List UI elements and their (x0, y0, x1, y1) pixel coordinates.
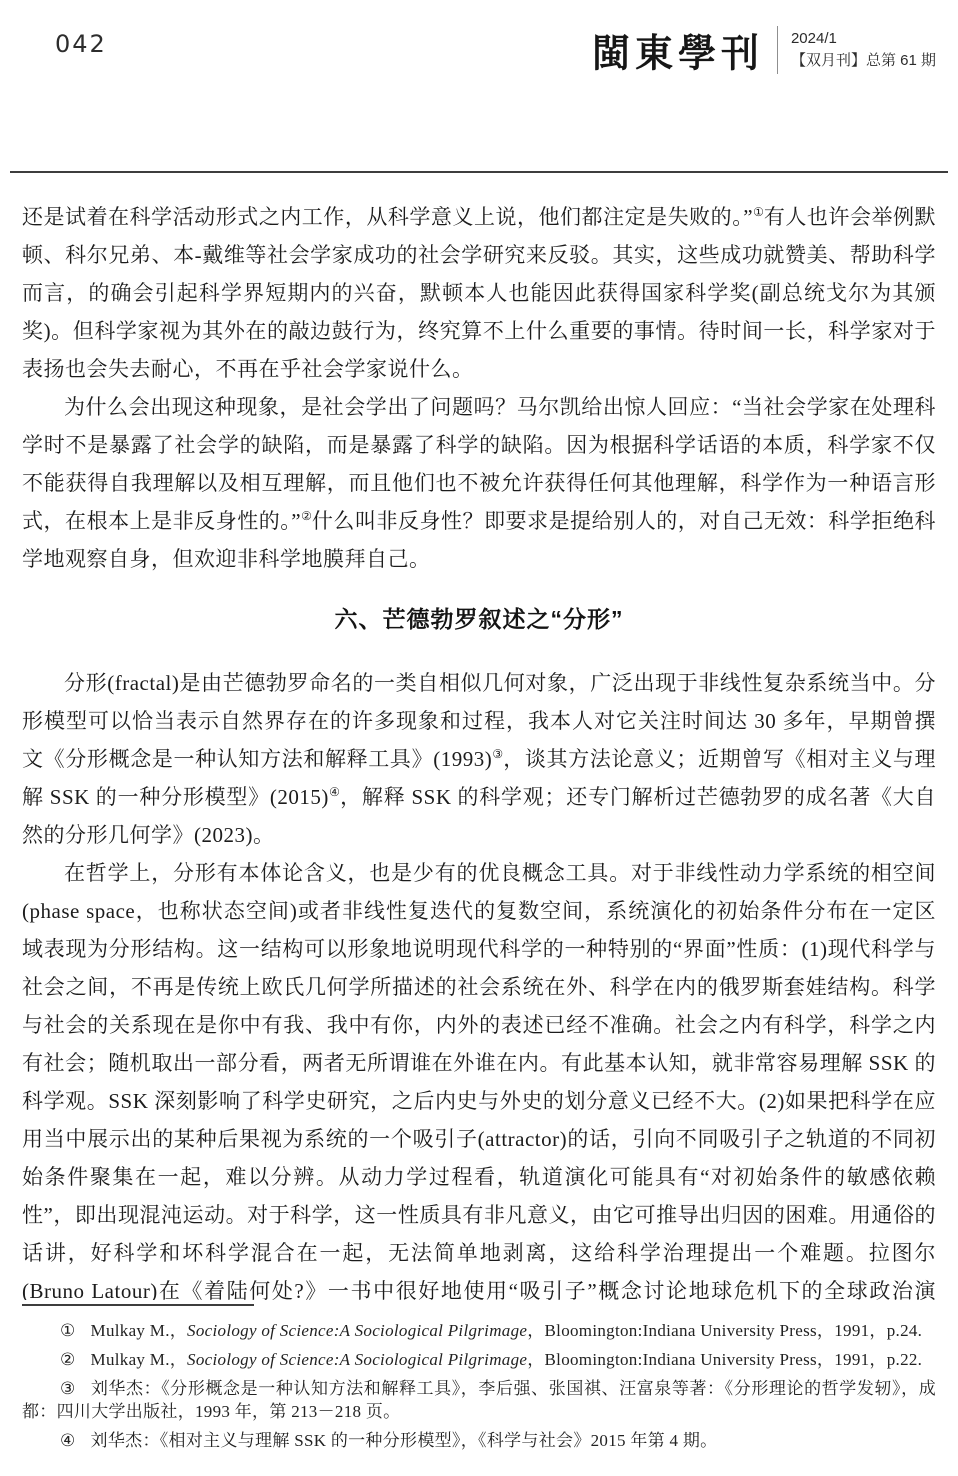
body-paragraph: 分形(fractal)是由芒德勃罗命名的一类自相似几何对象，广泛出现于非线性复杂… (22, 664, 936, 854)
footnote-marker: ④ (60, 1431, 76, 1450)
issue-line2: 【双月刊】总第 61 期 (791, 50, 936, 72)
footnote: ①Mulkay M.，Sociology of Science:A Sociol… (22, 1319, 936, 1342)
text-segment: 刘华杰：《分形概念是一种认知方法和解释工具》，李后强、张国祺、汪富泉等著：《分形… (22, 1379, 936, 1421)
footnote-marker: ③ (60, 1379, 76, 1398)
paragraphs-bottom: 分形(fractal)是由芒德勃罗命名的一类自相似几何对象，广泛出现于非线性复杂… (22, 664, 936, 1300)
text-segment: 有人也许会举例默顿、科尔兄弟、本-戴维等社会学家成功的社会学研究来反驳。其实，这… (22, 205, 936, 381)
body-paragraph: 为什么会出现这种现象，是社会学出了问题吗？马尔凯给出惊人回应：“当社会学家在处理… (22, 388, 936, 578)
footnote-marker: ② (60, 1350, 76, 1369)
article-body: 还是试着在科学活动形式之内工作，从科学意义上说，他们都注定是失败的。”①有人也许… (22, 198, 936, 1300)
text-segment: 刘华杰：《相对主义与理解 SSK 的一种分形模型》，《科学与社会》2015 年第… (91, 1431, 718, 1450)
body-paragraph: 在哲学上，分形有本体论含义，也是少有的优良概念工具。对于非线性动力学系统的相空间… (22, 854, 936, 1300)
paragraphs-top: 还是试着在科学活动形式之内工作，从科学意义上说，他们都注定是失败的。”①有人也许… (22, 198, 936, 578)
issue-info: 2024/1 【双月刊】总第 61 期 (791, 28, 936, 72)
page-number: 042 (55, 30, 107, 58)
footnote: ②Mulkay M.，Sociology of Science:A Sociol… (22, 1348, 936, 1371)
header-rule (10, 171, 948, 173)
footnotes-separator (22, 1304, 254, 1306)
journal-logo: 閩東學刊 (592, 21, 764, 77)
text-segment: Sociology of Science:A Sociological Pilg… (187, 1321, 527, 1340)
footnote-ref: ② (301, 509, 312, 523)
text-segment: ，Bloomington:Indiana University Press，19… (527, 1350, 922, 1369)
footnote: ③刘华杰：《分形概念是一种认知方法和解释工具》，李后强、张国祺、汪富泉等著：《分… (22, 1377, 936, 1423)
journal-header: 閩東學刊 2024/1 【双月刊】总第 61 期 (592, 22, 936, 77)
footnote-ref: ① (753, 205, 764, 219)
text-segment: ，Bloomington:Indiana University Press，19… (527, 1321, 922, 1340)
footnote-ref: ④ (329, 785, 340, 799)
footnote-marker: ① (60, 1321, 76, 1340)
section-heading: 六、芒德勃罗叙述之“分形” (22, 600, 936, 638)
text-segment: Mulkay M.， (91, 1321, 188, 1340)
text-segment: 还是试着在科学活动形式之内工作，从科学意义上说，他们都注定是失败的。” (22, 205, 753, 229)
text-segment: 在哲学上，分形有本体论含义，也是少有的优良概念工具。对于非线性动力学系统的相空间… (22, 861, 936, 1300)
journal-page: 042 閩東學刊 2024/1 【双月刊】总第 61 期 还是试着在科学活动形式… (0, 0, 958, 1476)
header-divider (777, 26, 778, 74)
footnotes-block: ①Mulkay M.，Sociology of Science:A Sociol… (22, 1304, 936, 1458)
footnote-ref: ③ (492, 747, 503, 761)
text-segment: Sociology of Science:A Sociological Pilg… (187, 1350, 527, 1369)
issue-line1: 2024/1 (791, 28, 936, 50)
text-segment: Mulkay M.， (91, 1350, 188, 1369)
footnote: ④刘华杰：《相对主义与理解 SSK 的一种分形模型》，《科学与社会》2015 年… (22, 1429, 936, 1452)
body-paragraph: 还是试着在科学活动形式之内工作，从科学意义上说，他们都注定是失败的。”①有人也许… (22, 198, 936, 388)
footnotes-list: ①Mulkay M.，Sociology of Science:A Sociol… (22, 1319, 936, 1452)
